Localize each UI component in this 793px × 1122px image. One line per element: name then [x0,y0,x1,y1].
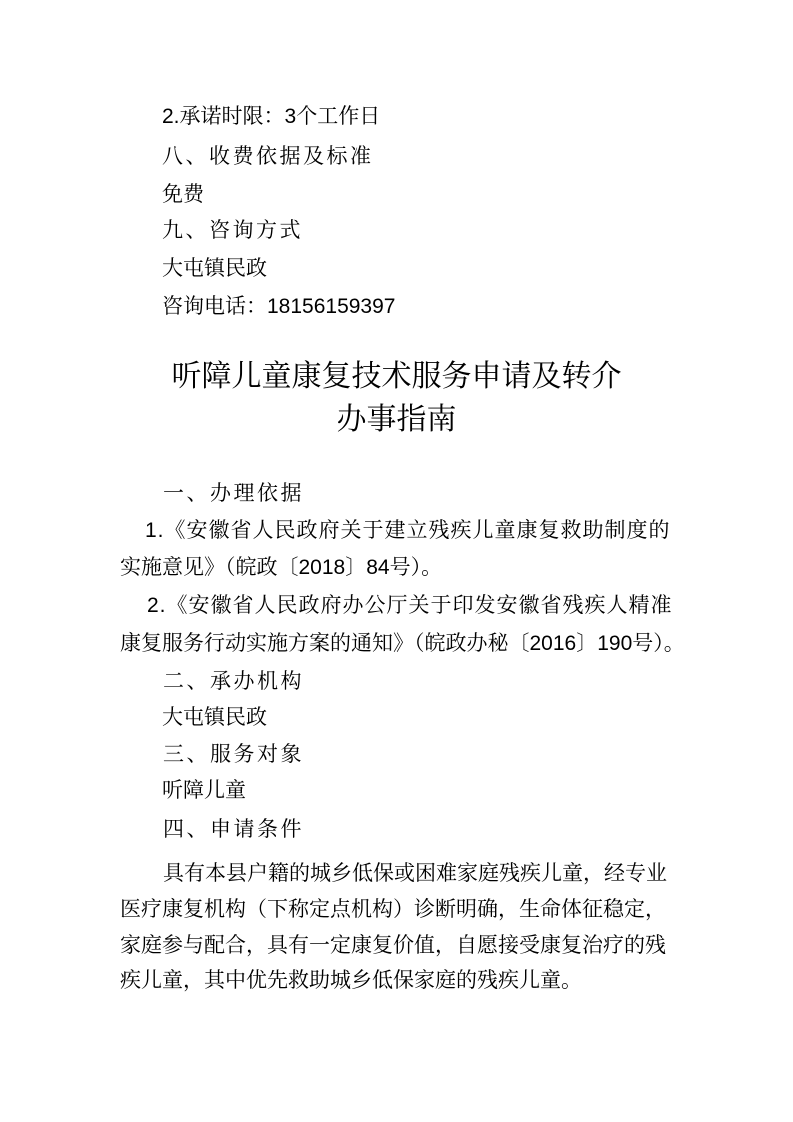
section-1-basis-heading: 一、办理依据 [163,480,304,507]
basis-item-1-line-1: 1.《安徽省人民政府关于建立残疾儿童康复救助制度的 [145,517,671,544]
commitment-time-line: 2.承诺时限：3个工作日 [162,103,380,130]
conditions-paragraph-line-4: 疾儿童，其中优先救助城乡低保家庭的残疾儿童。 [120,967,582,994]
document-title-line-1: 听障儿童康复技术服务申请及转介 [0,356,793,398]
basis-item-1-line-2: 实施意见》（皖政〔2018〕84号）。 [120,554,442,581]
agency-name-line-body: 大屯镇民政 [162,704,267,731]
section-3-target-heading: 三、服务对象 [163,741,304,768]
basis-item-2-line-2: 康复服务行动实施方案的通知》（皖政办秘〔2016〕190号）。 [120,630,685,657]
basis-item-2-line-1: 2.《安徽省人民政府办公厅关于印发安徽省残疾人精准 [147,592,673,619]
consultation-phone-line: 咨询电话：18156159397 [162,293,395,320]
conditions-paragraph-line-1: 具有本县户籍的城乡低保或困难家庭残疾儿童，经专业 [163,860,667,887]
document-title-line-2: 办事指南 [0,399,793,441]
section-2-agency-heading: 二、承办机构 [163,668,304,695]
document-page: 2.承诺时限：3个工作日 八、收费依据及标准 免费 九、咨询方式 大屯镇民政 咨… [0,0,793,1122]
fee-free-line: 免费 [162,181,204,208]
section-9-consultation-heading: 九、咨询方式 [162,217,303,244]
section-8-fees-heading: 八、收费依据及标准 [162,143,374,170]
conditions-paragraph-line-2: 医疗康复机构（下称定点机构）诊断明确，生命体征稳定， [120,896,666,923]
agency-name-line-top: 大屯镇民政 [162,255,267,282]
service-target-line: 听障儿童 [162,777,246,804]
section-4-conditions-heading: 四、申请条件 [163,816,304,843]
conditions-paragraph-line-3: 家庭参与配合，具有一定康复价值，自愿接受康复治疗的残 [120,932,666,959]
